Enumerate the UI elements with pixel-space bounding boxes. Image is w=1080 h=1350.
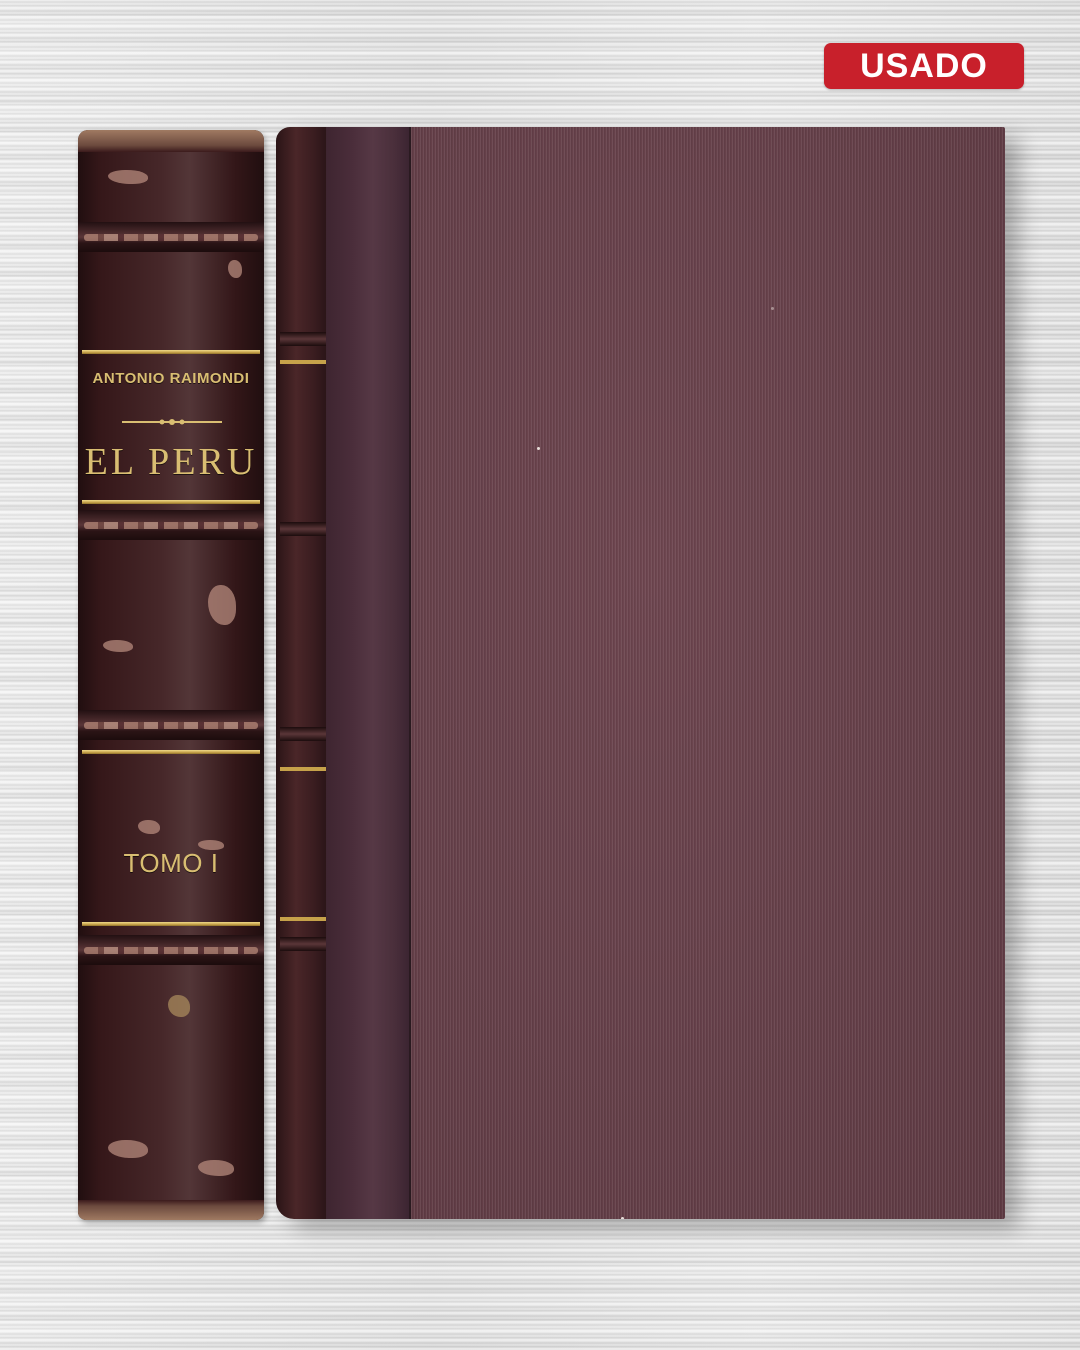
gilt-rule	[82, 750, 260, 754]
spine-raised-band	[78, 935, 264, 965]
spine-volume: TOMO I	[78, 848, 264, 879]
condition-badge-label: USADO	[860, 47, 988, 86]
spine-title: EL PERU	[78, 440, 264, 484]
cover-hinge	[276, 127, 326, 1219]
cover-leather-quarter	[326, 127, 411, 1219]
book-front-cover	[276, 127, 1005, 1219]
gilt-rule	[82, 350, 260, 354]
book-spine: ANTONIO RAIMONDI EL PERU TOMO I	[78, 130, 264, 1220]
gilt-ornament-icon	[122, 417, 222, 427]
spine-headcap	[78, 130, 264, 152]
spine-raised-band	[78, 710, 264, 740]
gilt-rule	[82, 500, 260, 504]
gilt-rule	[82, 922, 260, 926]
spine-raised-band	[78, 222, 264, 252]
spine-raised-band	[78, 510, 264, 540]
cover-cloth-panel	[411, 127, 1005, 1219]
spine-tailcap	[78, 1200, 264, 1220]
spine-author: ANTONIO RAIMONDI	[78, 370, 264, 387]
condition-badge: USADO	[824, 43, 1024, 89]
